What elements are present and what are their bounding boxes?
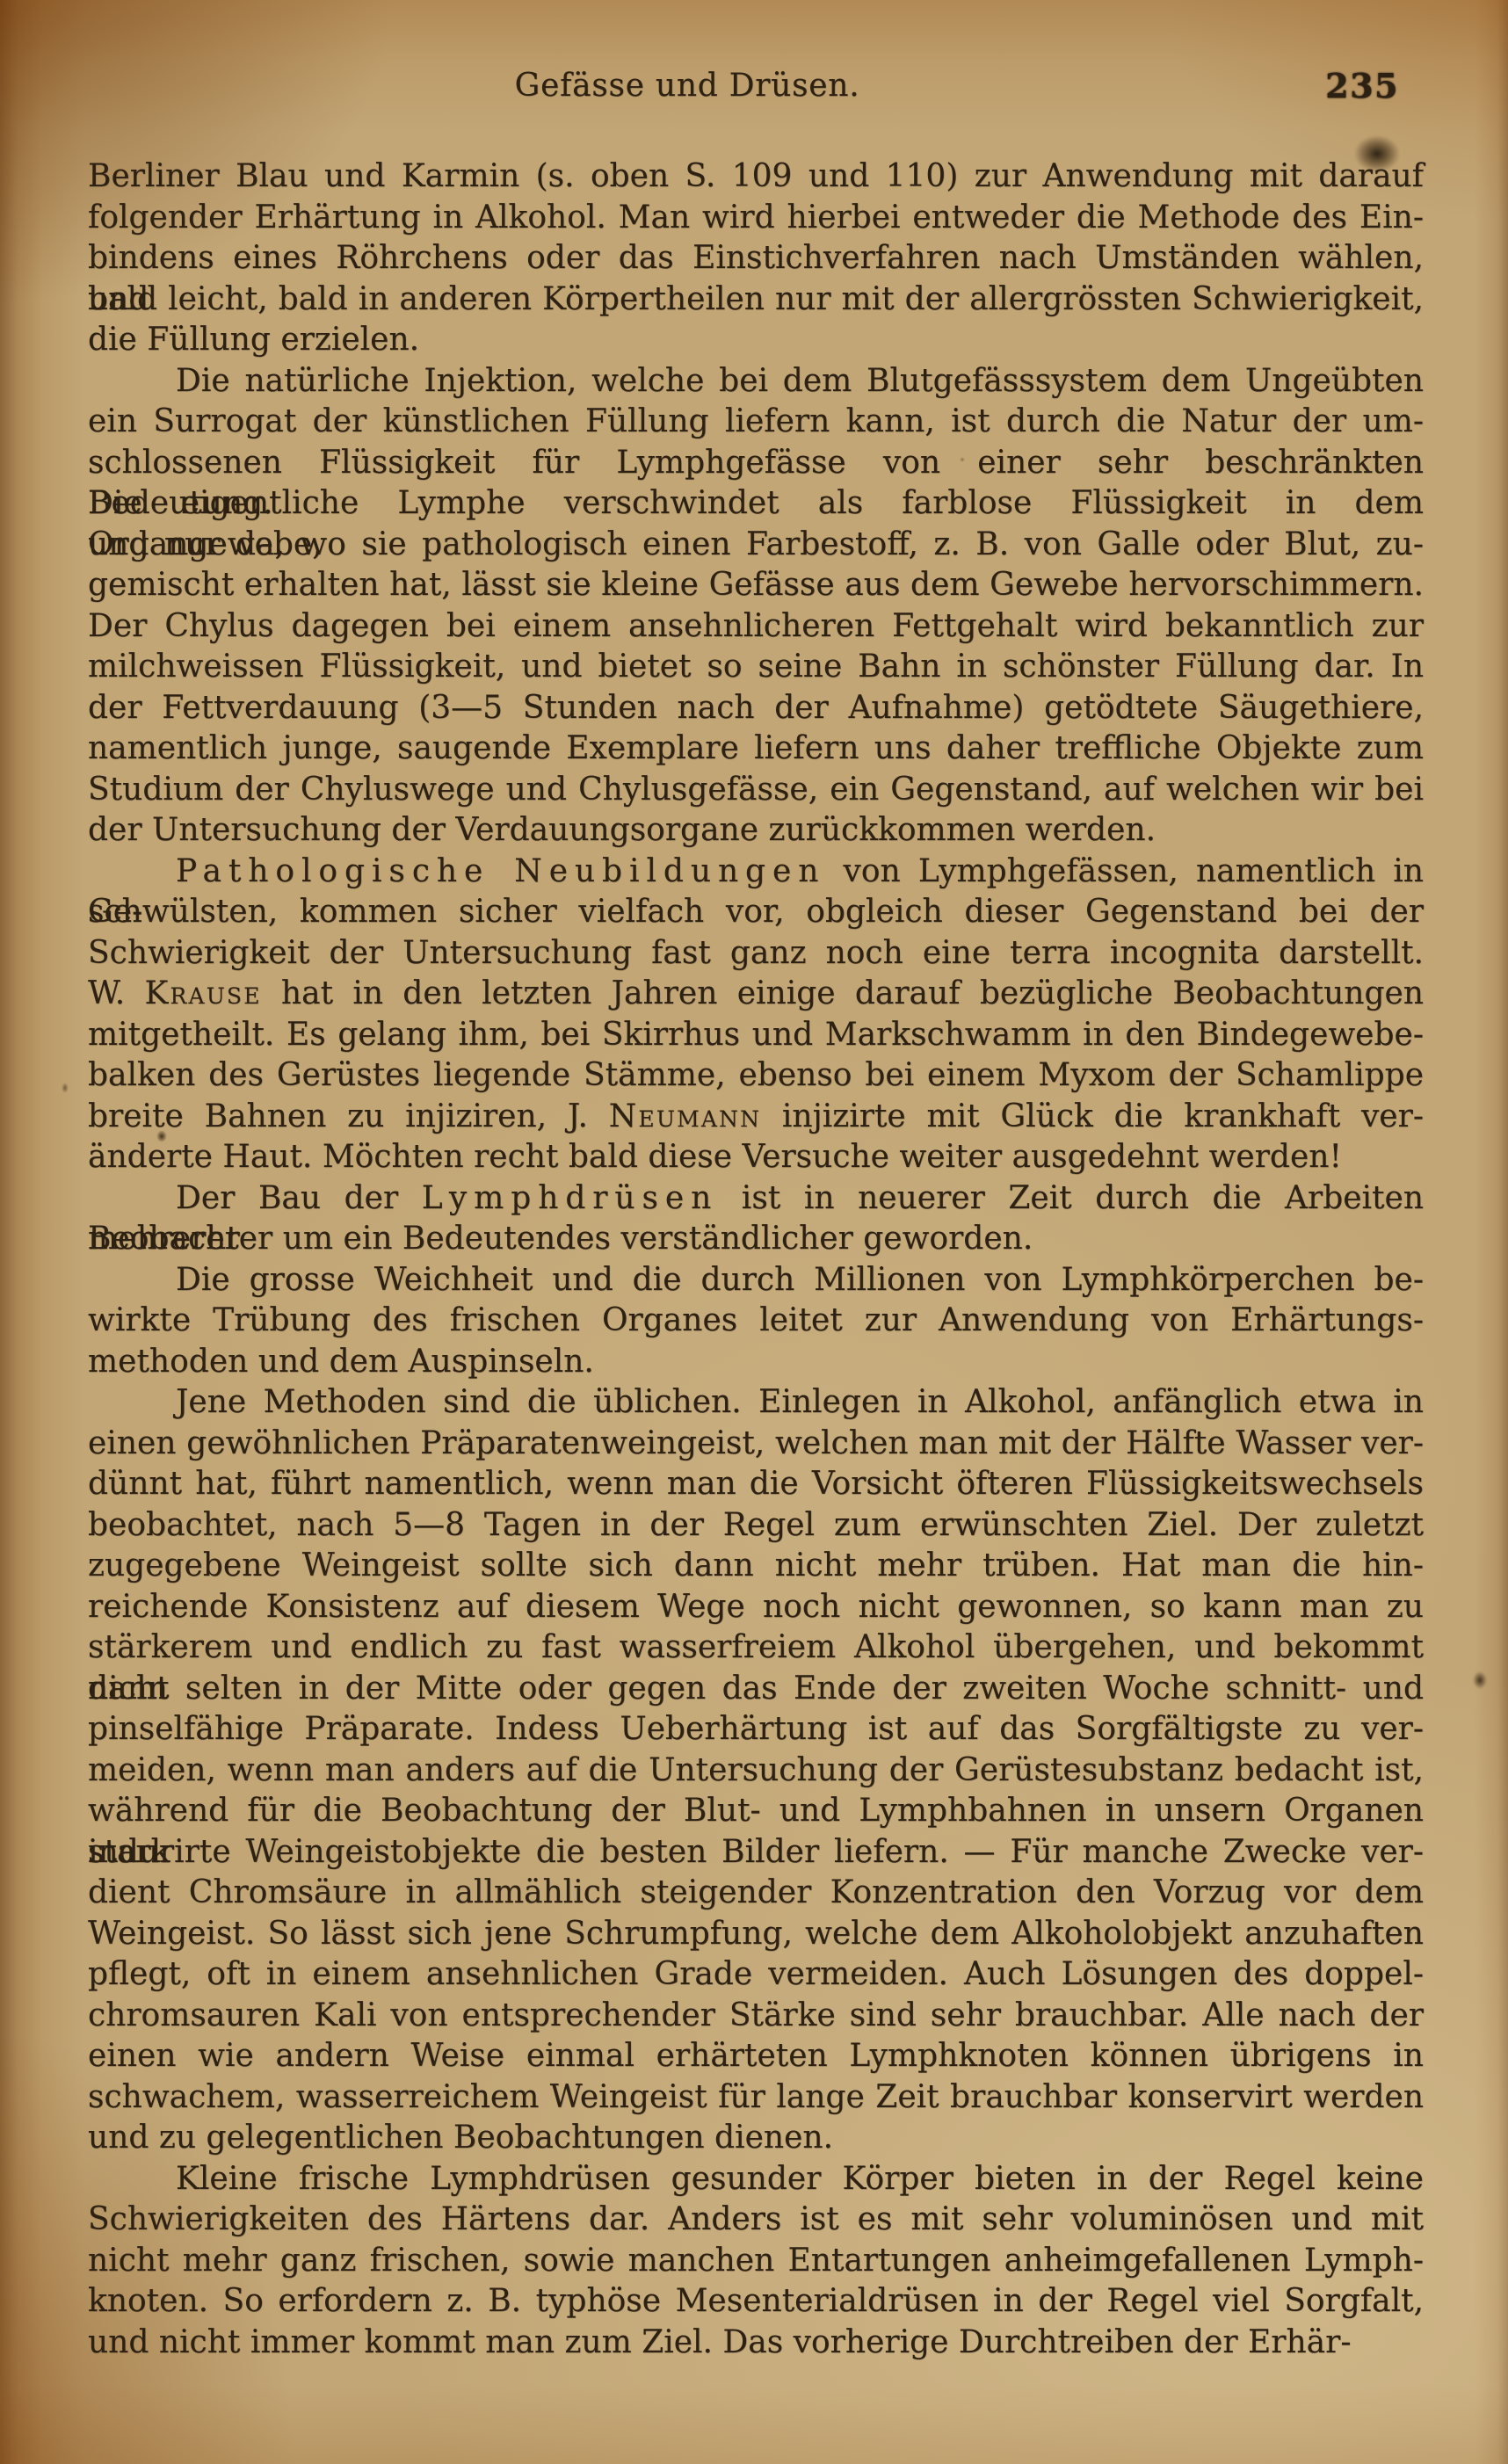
text-line: Der Chylus dagegen bei einem ansehnliche… (88, 606, 1424, 648)
page-number: 235 (1325, 63, 1399, 109)
text-line: schwachem, wasserreichem Weingeist für l… (88, 2077, 1424, 2119)
text-line: einen gewöhnlichen Präparatenweingeist, … (88, 1424, 1424, 1465)
text-line: chromsauren Kali von entsprechender Stär… (88, 1996, 1424, 2037)
body-text: Berliner Blau und Karmin (s. oben S. 109… (88, 156, 1424, 2363)
text-line: Schwierigkeiten des Härtens dar. Anders … (88, 2199, 1424, 2241)
text-line: der Fettverdauung (3—5 Stunden nach der … (88, 688, 1424, 729)
text-line: während für die Beobachtung der Blut- un… (88, 1791, 1424, 1832)
text-line: W. Krause hat in den letzten Jahren eini… (88, 974, 1424, 1015)
text-line: pflegt, oft in einem ansehnlichen Grade … (88, 1954, 1424, 1996)
paragraph: Kleine frische Lymphdrüsen gesunder Körp… (88, 2159, 1424, 2364)
text-line: mitgetheilt. Es gelang ihm, bei Skirrhus… (88, 1015, 1424, 1056)
text-line: schwülsten, kommen sicher vielfach vor, … (88, 892, 1424, 933)
text-line: Die natürliche Injektion, welche bei dem… (88, 361, 1424, 402)
text-line: milchweissen Flüssigkeit, und bietet so … (88, 647, 1424, 688)
text-line: der Untersuchung der Verdauungsorgane zu… (88, 810, 1424, 852)
text-line: methoden und dem Auspinseln. (88, 1342, 1424, 1383)
text-line: bald leicht, bald in anderen Körpertheil… (88, 279, 1424, 321)
text-line: dient Chromsäure in allmählich steigende… (88, 1873, 1424, 1914)
text-line: breite Bahnen zu injiziren, J. Neumann i… (88, 1097, 1424, 1138)
text-line: Jene Methoden sind die üblichen. Einlege… (88, 1382, 1424, 1424)
text-line: Weingeist. So lässt sich jene Schrumpfun… (88, 1914, 1424, 1955)
letterspaced-text: Pathologische Neubildungen (176, 853, 825, 889)
ink-speck (960, 457, 965, 462)
paragraph: Pathologische Neubildungen von Lymphgefä… (88, 852, 1424, 1178)
text-line: und nicht immer kommt man zum Ziel. Das … (88, 2323, 1424, 2364)
text-line: einen wie andern Weise einmal erhärteten… (88, 2036, 1424, 2077)
text-line: wirkte Trübung des frischen Organes leit… (88, 1301, 1424, 1342)
text-line: die Füllung erzielen. (88, 320, 1424, 361)
text-line: Der Bau der Lymphdrüsen ist in neuerer Z… (88, 1178, 1424, 1220)
letterspaced-text: Lymphdrüsen (422, 1180, 719, 1216)
paragraph: Die grosse Weichheit und die durch Milli… (88, 1260, 1424, 1383)
ink-speck (156, 1130, 167, 1142)
text-line: pinselfähige Präparate. Indess Ueberhärt… (88, 1709, 1424, 1750)
text-line: stärkerem und endlich zu fast wasserfrei… (88, 1627, 1424, 1669)
text-line: Kleine frische Lymphdrüsen gesunder Körp… (88, 2159, 1424, 2200)
paragraph: Die natürliche Injektion, welche bei dem… (88, 361, 1424, 852)
running-title: Gefässe und Drüsen. (88, 63, 1424, 109)
page-header: Gefässe und Drüsen. 235 (88, 63, 1424, 109)
text-line: zugegebene Weingeist sollte sich dann ni… (88, 1546, 1424, 1587)
text-line: folgender Erhärtung in Alkohol. Man wird… (88, 198, 1424, 239)
text-line: gemischt erhalten hat, lässt sie kleine … (88, 565, 1424, 606)
text-line: indurirte Weingeistobjekte die besten Bi… (88, 1832, 1424, 1873)
smallcaps-name: Krause (144, 975, 261, 1011)
book-page: Gefässe und Drüsen. 235 Berliner Blau un… (0, 0, 1508, 2464)
text-line: Pathologische Neubildungen von Lymphgefä… (88, 852, 1424, 893)
text-line: knoten. So erfordern z. B. typhöse Mesen… (88, 2281, 1424, 2323)
text-line: namentlich junge, saugende Exemplare lie… (88, 728, 1424, 770)
text-line: Berliner Blau und Karmin (s. oben S. 109… (88, 156, 1424, 198)
text-line: nicht mehr ganz frischen, sowie manchen … (88, 2241, 1424, 2282)
text-line: balken des Gerüstes liegende Stämme, ebe… (88, 1055, 1424, 1097)
text-line: Schwierigkeit der Untersuchung fast ganz… (88, 933, 1424, 975)
text-line: Die grosse Weichheit und die durch Milli… (88, 1260, 1424, 1301)
paragraph: Berliner Blau und Karmin (s. oben S. 109… (88, 156, 1424, 361)
text-line: nicht selten in der Mitte oder gegen das… (88, 1669, 1424, 1710)
paragraph: Der Bau der Lymphdrüsen ist in neuerer Z… (88, 1178, 1424, 1260)
ink-speck (1473, 1671, 1487, 1689)
text-line: bindens eines Röhrchens oder das Einstic… (88, 238, 1424, 279)
text-line: Studium der Chyluswege und Chylusgefässe… (88, 770, 1424, 811)
text-line: meiden, wenn man anders auf die Untersuc… (88, 1750, 1424, 1792)
text-line: änderte Haut. Möchten recht bald diese V… (88, 1137, 1424, 1178)
smallcaps-name: Neumann (609, 1098, 761, 1134)
text-line: reichende Konsistenz auf diesem Wege noc… (88, 1587, 1424, 1628)
text-line: und zu gelegentlichen Beobachtungen dien… (88, 2118, 1424, 2159)
text-line: und nur da, wo sie pathologisch einen Fa… (88, 525, 1424, 566)
text-line: schlossenen Flüssigkeit für Lymphgefässe… (88, 443, 1424, 484)
text-line: ein Surrogat der künstlichen Füllung lie… (88, 402, 1424, 443)
text-line: dünnt hat, führt namentlich, wenn man di… (88, 1464, 1424, 1505)
text-line: beobachtet, nach 5—8 Tagen in der Regel … (88, 1505, 1424, 1547)
ink-speck (62, 1083, 69, 1093)
text-line: Die eigentliche Lymphe verschwindet als … (88, 483, 1424, 525)
text-line: Beobachter um ein Bedeutendes verständli… (88, 1219, 1424, 1260)
paragraph: Jene Methoden sind die üblichen. Einlege… (88, 1382, 1424, 2159)
